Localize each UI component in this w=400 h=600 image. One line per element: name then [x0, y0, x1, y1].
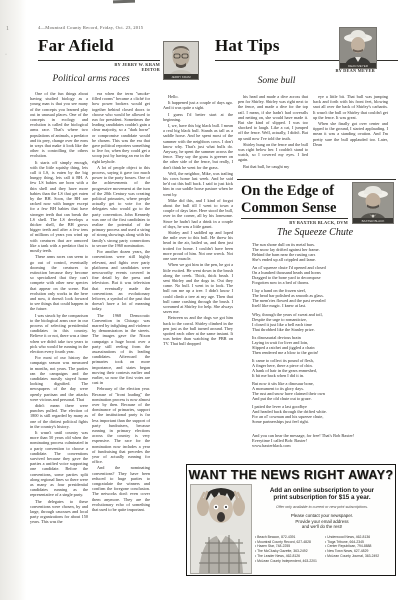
edge-title-line1: On the Edge of: [241, 183, 334, 200]
subscription-ad: WANT THE NEWS RIGHT AWAY? Add an online …: [186, 464, 396, 576]
poem-stanza: An ol' squeeze chute I'd opened and clos…: [252, 265, 396, 285]
paragraph: These arms races can seem to go out of c…: [30, 254, 88, 311]
poem-stanza: Why, through the years of sweat and toil…: [252, 312, 396, 332]
hat-tips-column-2: his head and made a dive across that pen…: [238, 94, 308, 177]
scan-artifact: 1: [6, 26, 9, 32]
meyer-headshot-photo: DEAN MEYER: [339, 27, 377, 69]
paragraph: And the nominating conventions? They hav…: [92, 465, 150, 512]
newspaper-page: { "page": { "masthead": "4—Mountrail Cou…: [0, 0, 400, 600]
kram-headshot-photo: JERRY KRAM: [163, 41, 199, 80]
ad-title: WANT THE NEWS RIGHT AWAY?: [187, 468, 395, 482]
paragraph: Shirley hung on the fence and the bull w…: [238, 142, 308, 163]
kram-portrait-icon: JERRY KRAM: [164, 42, 198, 79]
paragraph: It happened just a couple of days ago. A…: [163, 100, 233, 110]
paragraph: Shirley and I saddled up and loped the m…: [163, 230, 233, 261]
hat-tips-title: Hat Tips: [215, 36, 280, 56]
divider: [241, 218, 348, 219]
poem-stanza: The sun shone dull on its metal bars.The…: [252, 242, 396, 262]
baxter-black-portrait-icon: BAXTER BLACK: [353, 183, 393, 223]
poem-line: And put the old chute out to graze.: [252, 396, 396, 401]
paragraph: era when the term "smoke-filled rooms" b…: [92, 91, 150, 164]
paragraph: A lot of people object to this process, …: [92, 165, 150, 248]
svg-text:BAXTER BLACK: BAXTER BLACK: [362, 219, 385, 223]
paragraph: I, we, have this big black bull. I mean …: [163, 123, 233, 170]
black-headshot-photo: BAXTER BLACK: [352, 182, 394, 224]
scan-artifact: [113, 0, 135, 3]
paragraph: eye a little bit. That bull was jumping …: [313, 94, 388, 120]
closing-line: www.baxterblack.com: [252, 443, 396, 448]
byline-role: EDITOR: [60, 67, 160, 72]
ad-offer-line1: Add an online subscription to your: [253, 487, 391, 494]
paragraph: I was struck by the comparison to the bi…: [30, 313, 88, 355]
paragraph: One of the fun things about having studi…: [30, 91, 88, 159]
poem-line: Forgotten now in a bed of thorns.: [252, 280, 396, 285]
paragraph: Well, the neighbor, Mike, was trailing h…: [163, 171, 233, 197]
hat-tips-column-1: Hello.It happened just a couple of days …: [163, 94, 233, 463]
paragraph: For another dozen years, the conventions…: [92, 249, 150, 311]
paragraph: When we got him in the pen, he got a lit…: [163, 262, 233, 314]
far-afield-column-1: One of the fun things about having studi…: [30, 91, 88, 562]
ad-papers-list-right: • Underwood News, 462-8136• Tioga Tribun…: [325, 535, 391, 559]
hat-tips-subhead: Some bull: [163, 76, 390, 86]
poem-line: That throbbed like the Stanley prize.: [252, 327, 396, 332]
paragraph: didn't mean there were punches pulled. T…: [30, 403, 88, 429]
newspaper-listing: • McLean County Journal, 363-2492: [325, 554, 391, 559]
meyer-portrait-icon: DEAN MEYER: [340, 28, 376, 68]
hat-tips-column-3: eye a little bit. That bull was jumping …: [313, 94, 388, 177]
newspaper-listing: • McLean County Independent, 463-2201: [255, 559, 323, 564]
ad-offer-line2: print subscription for $15 a year.: [253, 494, 391, 501]
masthead: 4—Mountrail County Record, Friday, Oct. …: [38, 25, 143, 30]
ad-disclaimer: Offer only available to current or new p…: [253, 505, 391, 509]
far-afield-column-2: era when the term "smoke-filled rooms" b…: [92, 91, 150, 562]
divider: [237, 179, 396, 180]
squeeze-chute-poem: The sun shone dull on its metal bars.The…: [252, 242, 396, 428]
poem-line: Then rendered me a blow to the groin!: [252, 350, 396, 355]
poem-stanza: I patted the lever a last goodbyeAnd hea…: [252, 404, 396, 424]
ad-offer-text: Add an online subscription to your print…: [253, 487, 391, 501]
poem-line: She's ended up all crippled and lame.: [252, 257, 396, 262]
poem-line: Some partnerships just feel right.: [252, 419, 396, 424]
poem-stanza: It came to collect its pound of flesh,A …: [252, 358, 396, 378]
paragraph: The delegates to these conventions were …: [30, 499, 88, 525]
edge-subhead: The Squeeze Chute: [240, 227, 390, 238]
paragraph: The 1968 Democratic Convention in Chicag…: [92, 313, 150, 386]
paragraph: I guess I'd better start at the beginnin…: [163, 112, 233, 122]
ad-contact-text: Please contact your newspaper. Provide y…: [253, 513, 391, 530]
paragraph: But that bull, he caught my: [238, 164, 308, 169]
poem-stanza: I lay a hand on the frozen steel,The hea…: [252, 288, 396, 308]
paragraph: When she finally got over center and tip…: [313, 121, 388, 147]
edge-title-line2: Common Sense: [241, 200, 336, 217]
shocked-person-icon: [191, 485, 251, 573]
divider: [38, 60, 160, 61]
poem-line: Itself like magic. I knew at last.: [252, 303, 396, 308]
far-afield-subhead: Political arms races: [30, 74, 152, 84]
paragraph: It starts off simply enough, with the li…: [30, 160, 88, 254]
poem-line: It bit me back when I did it in.: [252, 373, 396, 378]
poem-stanza: Its dinosaurial devious brainLaying in w…: [252, 335, 396, 355]
far-afield-title: Far Afield: [38, 36, 114, 56]
edge-closing: And you can hear the message, for free! …: [252, 433, 396, 449]
paragraph: Hello.: [163, 94, 233, 99]
ad-papers-list-left: • Beach Beacon, 872-4391• Mountrail Coun…: [255, 535, 323, 563]
page-left-edge: [0, 0, 26, 600]
paragraph: Mike did this, and I kind of forgot abou…: [163, 198, 233, 229]
scan-artifact: ·: [5, 52, 7, 58]
shocked-person-photo: [190, 484, 252, 574]
paragraph: Between us and the dogs we got him back …: [163, 315, 233, 346]
hat-tips-byline: BY DEAN MEYER: [275, 68, 375, 73]
paragraph: For most of our history the campaign sea…: [30, 355, 88, 402]
poem-stanza: But now it sits like a dinosaur bone,A m…: [252, 381, 396, 401]
paragraph: February of the election year. Because o…: [92, 386, 150, 464]
edge-byline: BY BAXTER BLACK, DVM: [248, 220, 348, 225]
far-afield-byline: BY JERRY W. KRAM EDITOR: [60, 62, 160, 73]
ad-contact-line3: and we'll do the rest!: [253, 524, 391, 530]
paragraph: It wasn't until country was more than 50…: [30, 430, 88, 498]
paragraph: his head and made a dive across that pen…: [238, 94, 308, 141]
